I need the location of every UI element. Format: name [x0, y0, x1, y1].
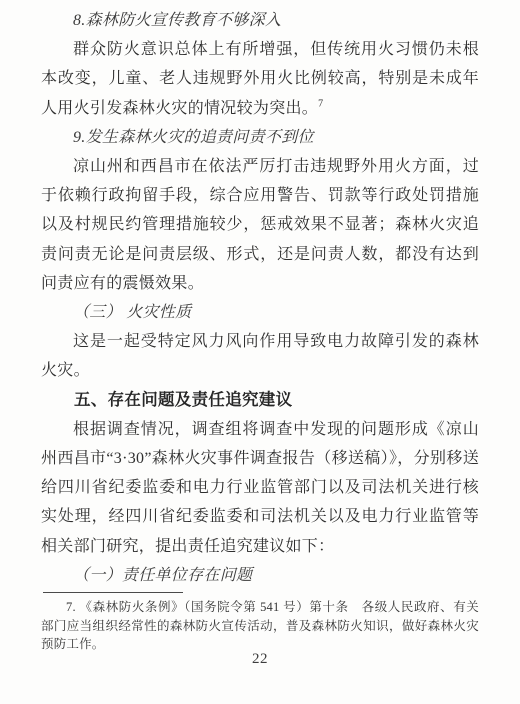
heading-8-fire-prevention-publicity: 8.森林防火宣传教育不够深入 [41, 6, 479, 35]
heading-unit-problems: （一）责任单位存在问题 [41, 561, 479, 590]
footnote-area: 7. 《森林防火条例》（国务院令第 541 号）第十条 各级人民政府、有关部门应… [41, 592, 479, 654]
para-8: 群众防火意识总体上有所增强，但传统用火习惯仍未根本改变，儿童、老人违规野外用火比… [41, 35, 479, 123]
para-fire-nature: 这是一起受特定风力风向作用导致电力故障引发的森林火灾。 [41, 327, 479, 385]
footnote-7: 7. 《森林防火条例》（国务院令第 541 号）第十条 各级人民政府、有关部门应… [41, 598, 479, 654]
document-body: 8.森林防火宣传教育不够深入 群众防火意识总体上有所增强，但传统用火习惯仍未根本… [41, 6, 479, 590]
footnote-7-marker: 7. [66, 600, 76, 614]
document-page: 8.森林防火宣传教育不够深入 群众防火意识总体上有所增强，但传统用火习惯仍未根本… [0, 0, 520, 704]
footnote-divider [43, 592, 183, 593]
footnote-ref-7: 7 [318, 98, 323, 109]
heading-fire-nature: （三） 火灾性质 [41, 298, 479, 327]
para-section-5: 根据调查情况，调查组将调查中发现的问题形成《凉山州西昌市“3·30”森林火灾事件… [41, 415, 479, 561]
para-9: 凉山州和西昌市在依法严厉打击违规野外用火方面，过于依赖行政拘留手段，综合应用警告… [41, 152, 479, 298]
para-8-text: 群众防火意识总体上有所增强，但传统用火习惯仍未根本改变，儿童、老人违规野外用火比… [41, 41, 479, 116]
heading-section-5: 五、存在问题及责任追究建议 [41, 386, 479, 415]
footnote-7-text: 《森林防火条例》（国务院令第 541 号）第十条 各级人民政府、有关部门应当组织… [41, 600, 479, 651]
heading-9-accountability: 9.发生森林火灾的追责问责不到位 [41, 123, 479, 152]
page-number: 22 [0, 651, 520, 668]
